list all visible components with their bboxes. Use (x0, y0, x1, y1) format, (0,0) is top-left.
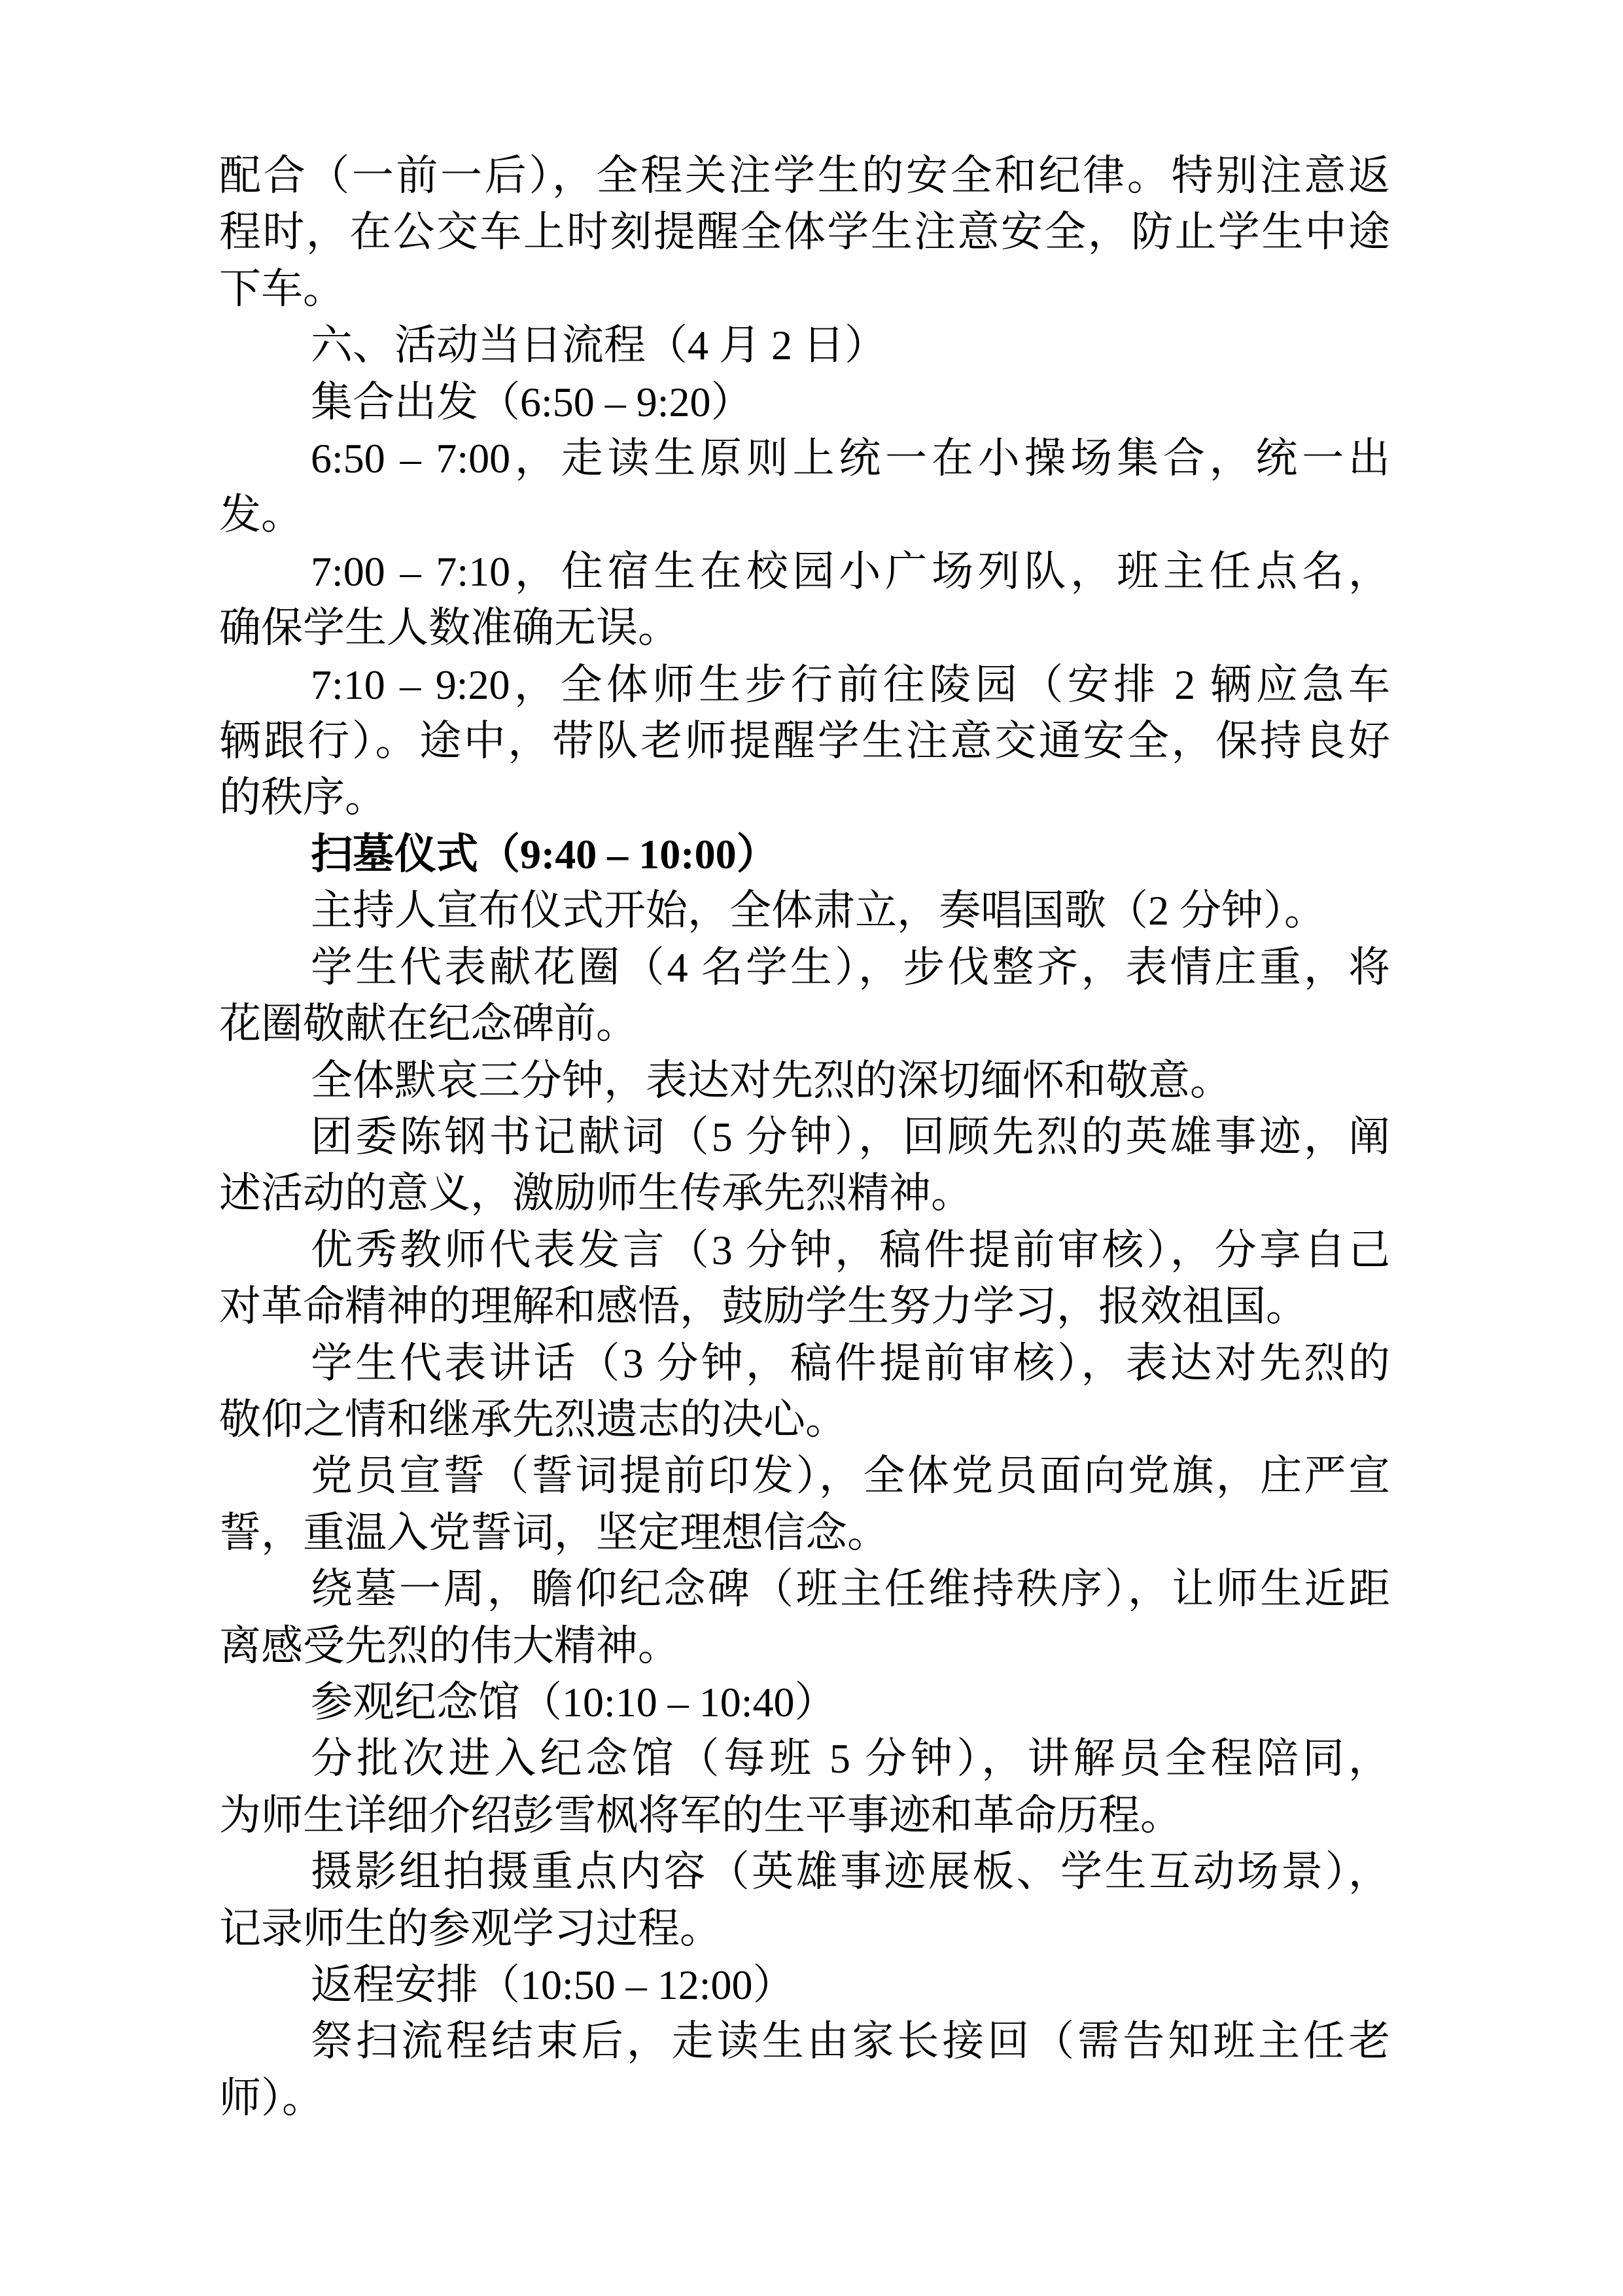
document-line: 全体默哀三分钟，表达对先烈的深切缅怀和敬意。 (219, 1053, 1390, 1109)
paragraph: 参观纪念馆（10:10 – 10:40） (219, 1674, 1390, 1731)
paragraph: 绕墓一周，瞻仰纪念碑（班主任维持秩序），让师生近距离感受先烈的伟大精神。 (219, 1561, 1390, 1674)
paragraph: 学生代表讲话（3 分钟，稿件提前审核），表达对先烈的敬仰之情和继承先烈遗志的决心… (219, 1335, 1390, 1449)
document-line: 述活动的意义，激励师生传承先烈精神。 (219, 1165, 1390, 1222)
document-line: 发。 (219, 487, 1390, 543)
document-line: 对革命精神的理解和感悟，鼓励学生努力学习，报效祖国。 (219, 1279, 1390, 1335)
paragraph: 7:00 – 7:10，住宿生在校园小广场列队，班主任点名，确保学生人数准确无误… (219, 544, 1390, 657)
paragraph: 配合（一前一后），全程关注学生的安全和纪律。特别注意返程时，在公交车上时刻提醒全… (219, 148, 1390, 317)
document-line: 7:10 – 9:20，全体师生步行前往陵园（安排 2 辆应急车 (219, 657, 1390, 713)
document-line: 优秀教师代表发言（3 分钟，稿件提前审核），分享自己 (219, 1222, 1390, 1279)
document-line: 誓，重温入党誓词，坚定理想信念。 (219, 1505, 1390, 1561)
document-line: 敬仰之情和继承先烈遗志的决心。 (219, 1392, 1390, 1448)
paragraph: 学生代表献花圈（4 名学生），步伐整齐，表情庄重，将花圈敬献在纪念碑前。 (219, 940, 1390, 1053)
document-line: 学生代表讲话（3 分钟，稿件提前审核），表达对先烈的 (219, 1335, 1390, 1392)
document-line: 配合（一前一后），全程关注学生的安全和纪律。特别注意返 (219, 148, 1390, 204)
document-line: 辆跟行）。途中，带队老师提醒学生注意交通安全，保持良好 (219, 713, 1390, 769)
document-line: 参观纪念馆（10:10 – 10:40） (219, 1674, 1390, 1731)
document-line: 摄影组拍摄重点内容（英雄事迹展板、学生互动场景）， (219, 1844, 1390, 1900)
paragraph: 返程安排（10:50 – 12:00） (219, 1957, 1390, 2013)
paragraph: 六、活动当日流程（4 月 2 日） (219, 317, 1390, 374)
paragraph: 党员宣誓（誓词提前印发），全体党员面向党旗，庄严宣誓，重温入党誓词，坚定理想信念… (219, 1448, 1390, 1561)
document-line: 六、活动当日流程（4 月 2 日） (219, 317, 1390, 374)
paragraph: 摄影组拍摄重点内容（英雄事迹展板、学生互动场景），记录师生的参观学习过程。 (219, 1844, 1390, 1957)
paragraph: 6:50 – 7:00，走读生原则上统一在小操场集合，统一出发。 (219, 431, 1390, 544)
document-line: 扫墓仪式（9:40 – 10:00） (219, 826, 1390, 883)
document-line: 花圈敬献在纪念碑前。 (219, 996, 1390, 1052)
document-line: 6:50 – 7:00，走读生原则上统一在小操场集合，统一出 (219, 431, 1390, 487)
document-line: 为师生详细介绍彭雪枫将军的生平事迹和革命历程。 (219, 1788, 1390, 1844)
paragraph: 全体默哀三分钟，表达对先烈的深切缅怀和敬意。 (219, 1053, 1390, 1109)
document-line: 的秩序。 (219, 769, 1390, 826)
document-line: 祭扫流程结束后，走读生由家长接回（需告知班主任老 (219, 2013, 1390, 2070)
document-line: 记录师生的参观学习过程。 (219, 1901, 1390, 1957)
paragraph: 集合出发（6:50 – 9:20） (219, 374, 1390, 431)
document-text-block: 配合（一前一后），全程关注学生的安全和纪律。特别注意返程时，在公交车上时刻提醒全… (219, 148, 1390, 2127)
paragraph: 祭扫流程结束后，走读生由家长接回（需告知班主任老师）。 (219, 2013, 1390, 2127)
document-line: 下车。 (219, 261, 1390, 317)
paragraph: 分批次进入纪念馆（每班 5 分钟），讲解员全程陪同，为师生详细介绍彭雪枫将军的生… (219, 1731, 1390, 1844)
document-line: 师）。 (219, 2070, 1390, 2127)
document-line: 7:00 – 7:10，住宿生在校园小广场列队，班主任点名， (219, 544, 1390, 600)
paragraph: 优秀教师代表发言（3 分钟，稿件提前审核），分享自己对革命精神的理解和感悟，鼓励… (219, 1222, 1390, 1335)
heading-paragraph: 扫墓仪式（9:40 – 10:00） (219, 826, 1390, 883)
document-line: 确保学生人数准确无误。 (219, 600, 1390, 656)
paragraph: 主持人宣布仪式开始，全体肃立，奏唱国歌（2 分钟）。 (219, 883, 1390, 939)
document-line: 团委陈钢书记献词（5 分钟），回顾先烈的英雄事迹，阐 (219, 1109, 1390, 1165)
document-page: 配合（一前一后），全程关注学生的安全和纪律。特别注意返程时，在公交车上时刻提醒全… (0, 0, 1623, 2296)
document-line: 离感受先烈的伟大精神。 (219, 1618, 1390, 1674)
document-line: 绕墓一周，瞻仰纪念碑（班主任维持秩序），让师生近距 (219, 1561, 1390, 1617)
document-line: 程时，在公交车上时刻提醒全体学生注意安全，防止学生中途 (219, 204, 1390, 260)
document-line: 返程安排（10:50 – 12:00） (219, 1957, 1390, 2013)
document-line: 分批次进入纪念馆（每班 5 分钟），讲解员全程陪同， (219, 1731, 1390, 1787)
paragraph: 7:10 – 9:20，全体师生步行前往陵园（安排 2 辆应急车辆跟行）。途中，… (219, 657, 1390, 826)
document-line: 党员宣誓（誓词提前印发），全体党员面向党旗，庄严宣 (219, 1448, 1390, 1504)
paragraph: 团委陈钢书记献词（5 分钟），回顾先烈的英雄事迹，阐述活动的意义，激励师生传承先… (219, 1109, 1390, 1222)
document-line: 集合出发（6:50 – 9:20） (219, 374, 1390, 431)
document-line: 学生代表献花圈（4 名学生），步伐整齐，表情庄重，将 (219, 940, 1390, 996)
document-line: 主持人宣布仪式开始，全体肃立，奏唱国歌（2 分钟）。 (219, 883, 1390, 939)
